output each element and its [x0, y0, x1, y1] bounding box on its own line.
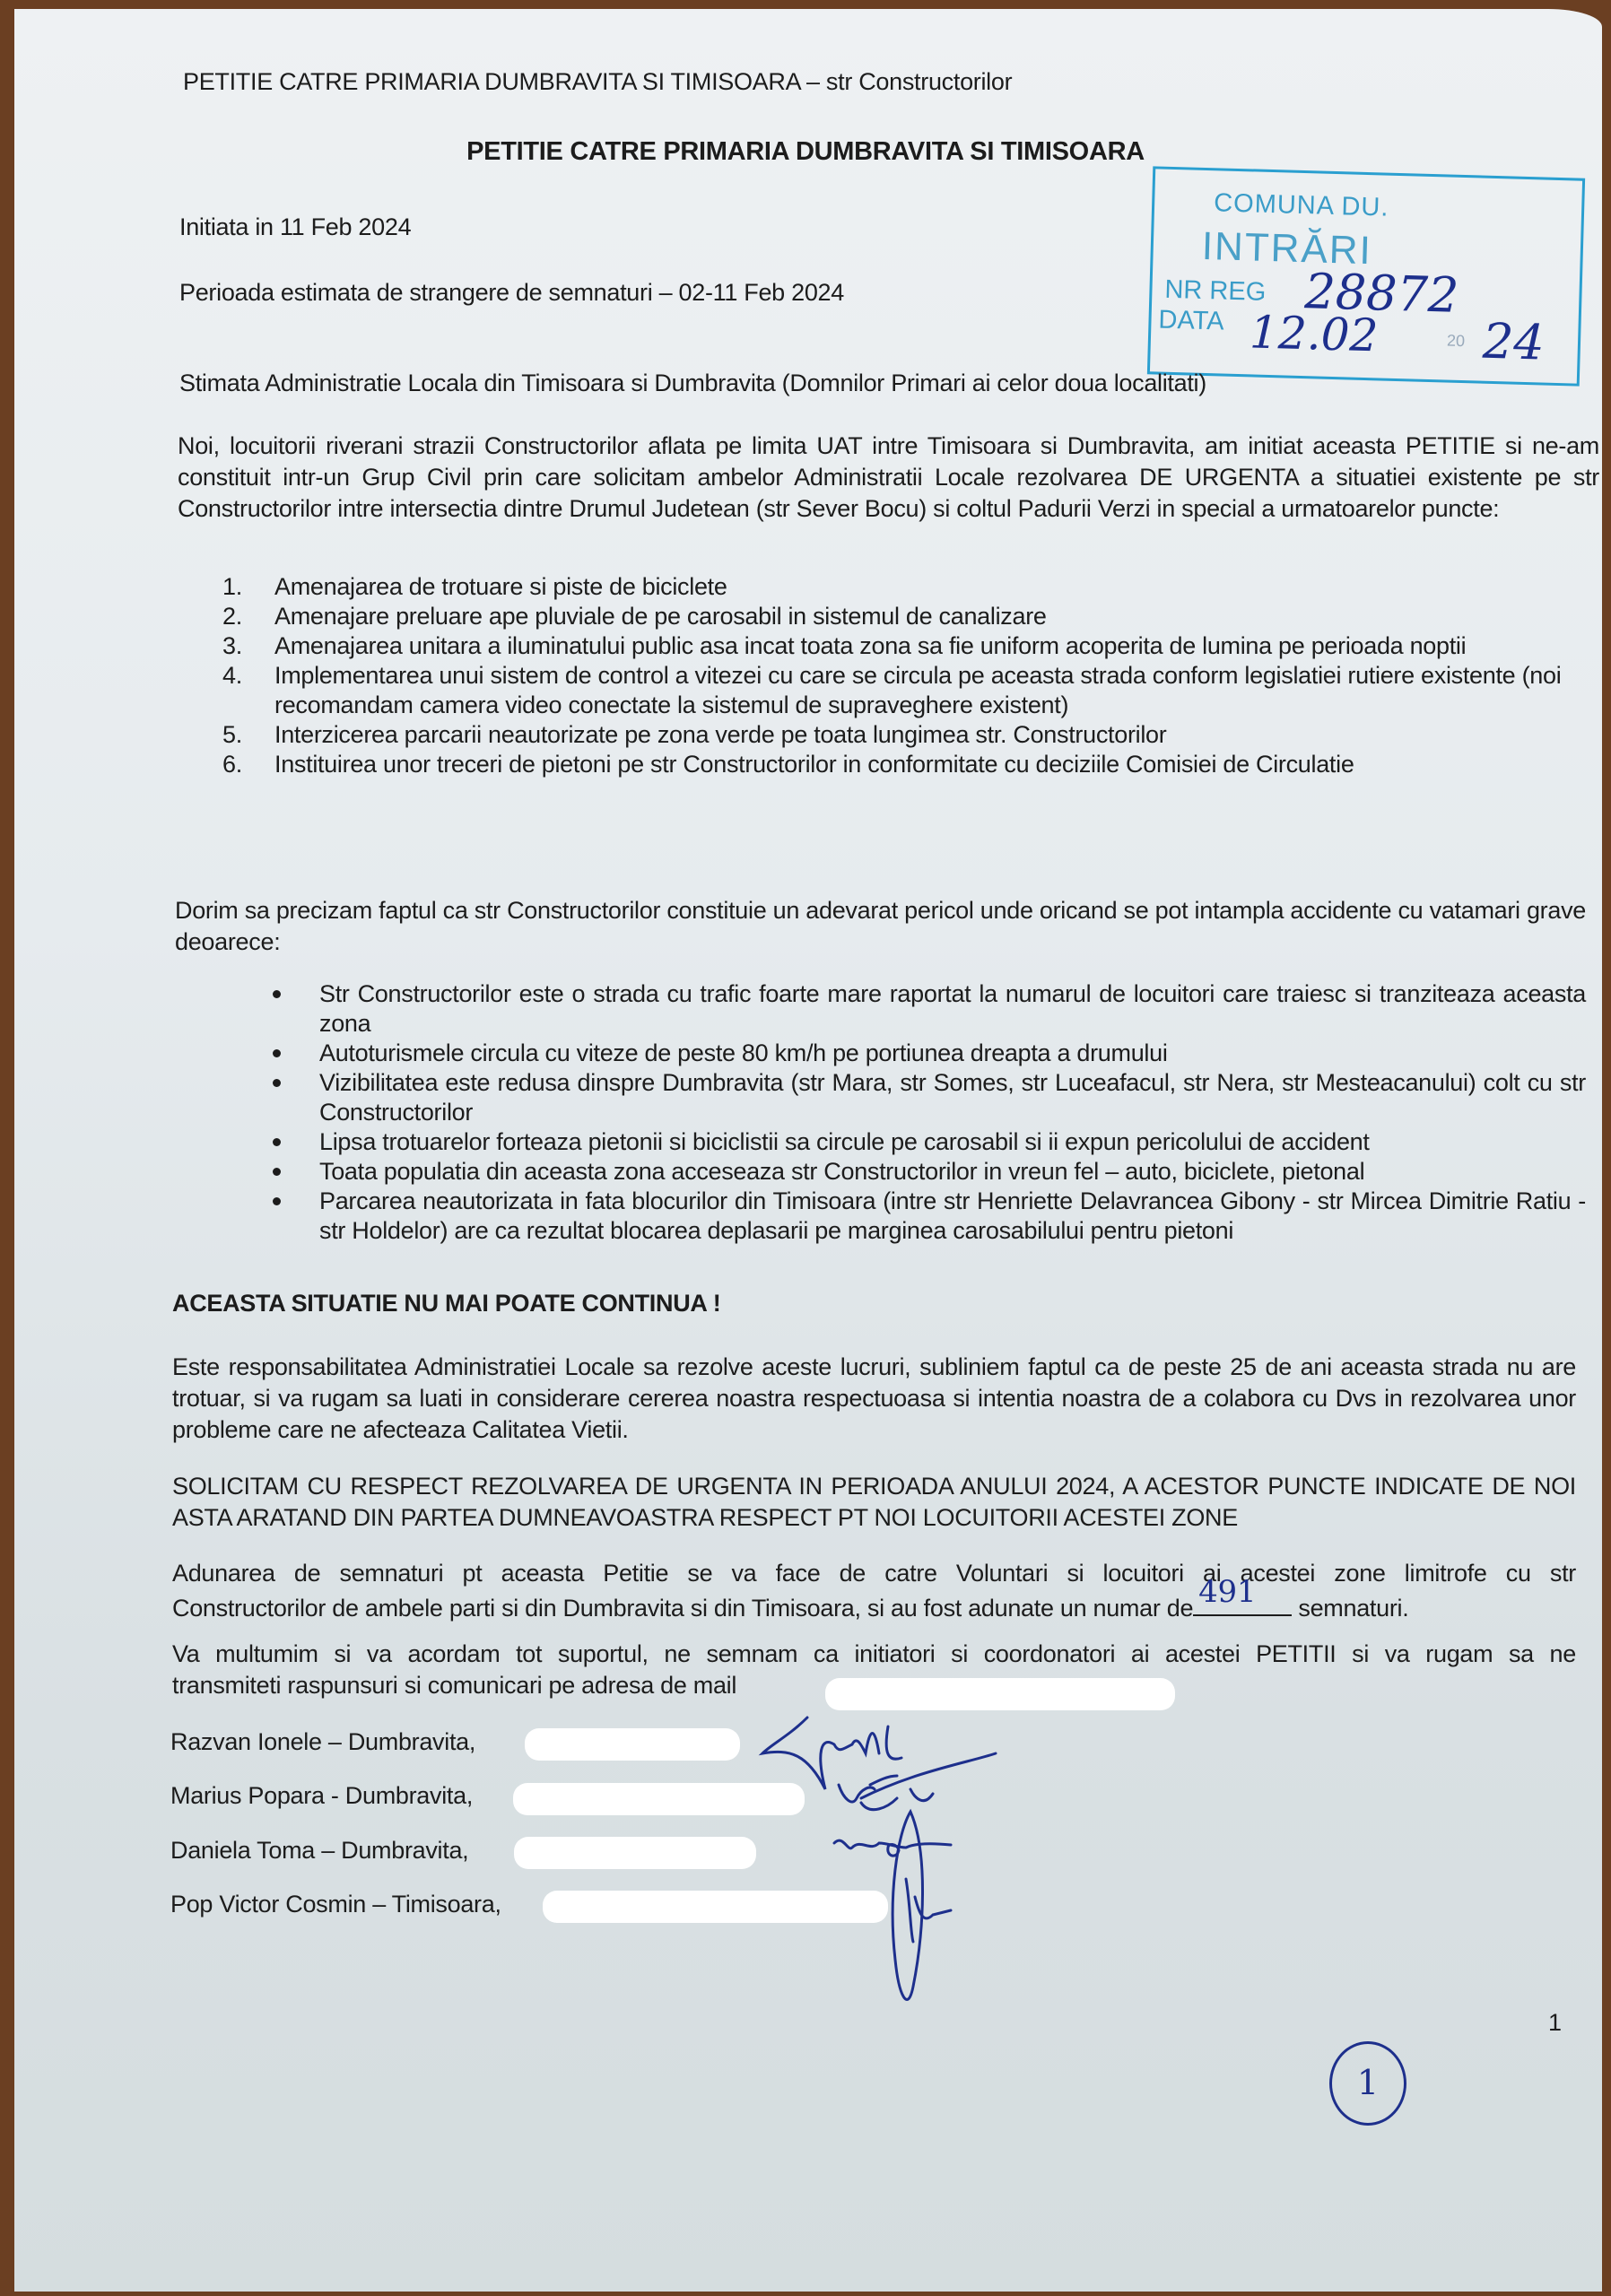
- reason-item: Lipsa trotuarelor forteaza pietonii si b…: [269, 1127, 1586, 1157]
- point-item: 4.Implementarea unui sistem de control a…: [222, 661, 1611, 720]
- redacted-contact-1: [525, 1728, 740, 1761]
- point-number: 6.: [222, 750, 242, 779]
- handwritten-signatures: [753, 1700, 1094, 2013]
- point-number: 4.: [222, 661, 242, 691]
- point-item: 6.Instituirea unor treceri de pietoni pe…: [222, 750, 1611, 779]
- danger-intro: Dorim sa precizam faptul ca str Construc…: [175, 895, 1586, 958]
- point-text: Amenajare preluare ape pluviale de pe ca…: [274, 603, 1047, 630]
- circled-page-annotation: 1: [1329, 2041, 1406, 2126]
- bullet-icon: [273, 1168, 281, 1176]
- signatures-line2: Constructorilor de ambele parti si din D…: [172, 1589, 1576, 1624]
- reason-text: Parcarea neautorizata in fata blocurilor…: [319, 1187, 1586, 1244]
- point-number: 1.: [222, 572, 242, 602]
- signatures-count-blank: 491: [1193, 1589, 1292, 1616]
- reason-text: Toata populatia din aceasta zona accesea…: [319, 1158, 1364, 1185]
- bullet-icon: [273, 1079, 281, 1087]
- collection-period: Perioada estimata de strangere de semnat…: [179, 277, 844, 309]
- point-number: 3.: [222, 631, 242, 661]
- reason-text: Vizibilitatea este redusa dinspre Dumbra…: [319, 1069, 1586, 1126]
- request-paragraph: SOLICITAM CU RESPECT REZOLVAREA DE URGEN…: [172, 1471, 1576, 1534]
- document-title: PETITIE CATRE PRIMARIA DUMBRAVITA SI TIM…: [0, 136, 1611, 168]
- salutation: Stimata Administratie Locala din Timisoa…: [179, 368, 1206, 399]
- bullet-icon: [273, 1138, 281, 1146]
- stamp-reg-label: NR REG: [1164, 275, 1267, 308]
- reason-text: Autoturismele circula cu viteze de peste…: [319, 1039, 1168, 1066]
- stamp-year-suffix: 24: [1482, 313, 1545, 371]
- emphasis-statement: ACEASTA SITUATIE NU MAI POATE CONTINUA !: [172, 1288, 720, 1319]
- danger-reasons-list: Str Constructorilor este o strada cu tra…: [269, 979, 1586, 1246]
- reason-item: Autoturismele circula cu viteze de peste…: [269, 1039, 1586, 1068]
- reason-item: Parcarea neautorizata in fata blocurilor…: [269, 1187, 1586, 1246]
- reason-item: Toata populatia din aceasta zona accesea…: [269, 1157, 1586, 1187]
- signatory-3: Daniela Toma – Dumbravita,: [170, 1835, 468, 1866]
- bullet-icon: [273, 990, 281, 998]
- signatures-count: 491: [1198, 1577, 1256, 1608]
- point-item: 2.Amenajare preluare ape pluviale de pe …: [222, 602, 1611, 631]
- point-text: Implementarea unui sistem de control a v…: [274, 662, 1561, 718]
- point-text: Amenajarea unitara a iluminatului public…: [274, 632, 1466, 659]
- point-item: 1.Amenajarea de trotuare si piste de bic…: [222, 572, 1611, 602]
- initiated-date: Initiata in 11 Feb 2024: [179, 212, 411, 243]
- stamp-commune: COMUNA DU.: [1214, 188, 1389, 222]
- point-text: Amenajarea de trotuare si piste de bicic…: [274, 573, 727, 600]
- signatory-1: Razvan Ionele – Dumbravita,: [170, 1726, 475, 1758]
- point-number: 5.: [222, 720, 242, 750]
- thanks-line1: Va multumim si va acordam tot suportul, …: [172, 1639, 1576, 1670]
- bullet-icon: [273, 1197, 281, 1205]
- reason-item: Str Constructorilor este o strada cu tra…: [269, 979, 1586, 1039]
- stamp-date-value: 12.02: [1249, 306, 1379, 361]
- bullet-icon: [273, 1049, 281, 1057]
- signatures-suffix: semnaturi.: [1298, 1595, 1408, 1622]
- point-text: Instituirea unor treceri de pietoni pe s…: [274, 751, 1354, 778]
- point-item: 3.Amenajarea unitara a iluminatului publ…: [222, 631, 1611, 661]
- reason-item: Vizibilitatea este redusa dinspre Dumbra…: [269, 1068, 1586, 1127]
- point-text: Interzicerea parcarii neautorizate pe zo…: [274, 721, 1166, 748]
- stamp-year-prefix: 20: [1447, 332, 1466, 352]
- point-number: 2.: [222, 602, 242, 631]
- signatures-line1: Adunarea de semnaturi pt aceasta Petitie…: [172, 1558, 1576, 1589]
- requested-points-list: 1.Amenajarea de trotuare si piste de bic…: [222, 572, 1611, 779]
- point-item: 5.Interzicerea parcarii neautorizate pe …: [222, 720, 1611, 750]
- signatures-line2-text: Constructorilor de ambele parti si din D…: [172, 1595, 1193, 1622]
- redacted-contact-3: [514, 1837, 756, 1869]
- registration-stamp: COMUNA DU. INTRĂRI NR REG DATA 28872 12.…: [1147, 166, 1585, 386]
- intro-paragraph: Noi, locuitorii riverani strazii Constru…: [178, 430, 1599, 525]
- signatory-2: Marius Popara - Dumbravita,: [170, 1780, 473, 1812]
- signatures-paragraph: Adunarea de semnaturi pt aceasta Petitie…: [172, 1558, 1576, 1624]
- responsibility-paragraph: Este responsabilitatea Administratiei Lo…: [172, 1352, 1576, 1446]
- stamp-date-label: DATA: [1158, 306, 1224, 337]
- document-header: PETITIE CATRE PRIMARIA DUMBRAVITA SI TIM…: [183, 66, 1012, 98]
- reason-text: Lipsa trotuarelor forteaza pietonii si b…: [319, 1128, 1370, 1155]
- page-number: 1: [1548, 2009, 1562, 2037]
- signatory-4: Pop Victor Cosmin – Timisoara,: [170, 1889, 501, 1920]
- reason-text: Str Constructorilor este o strada cu tra…: [319, 980, 1586, 1037]
